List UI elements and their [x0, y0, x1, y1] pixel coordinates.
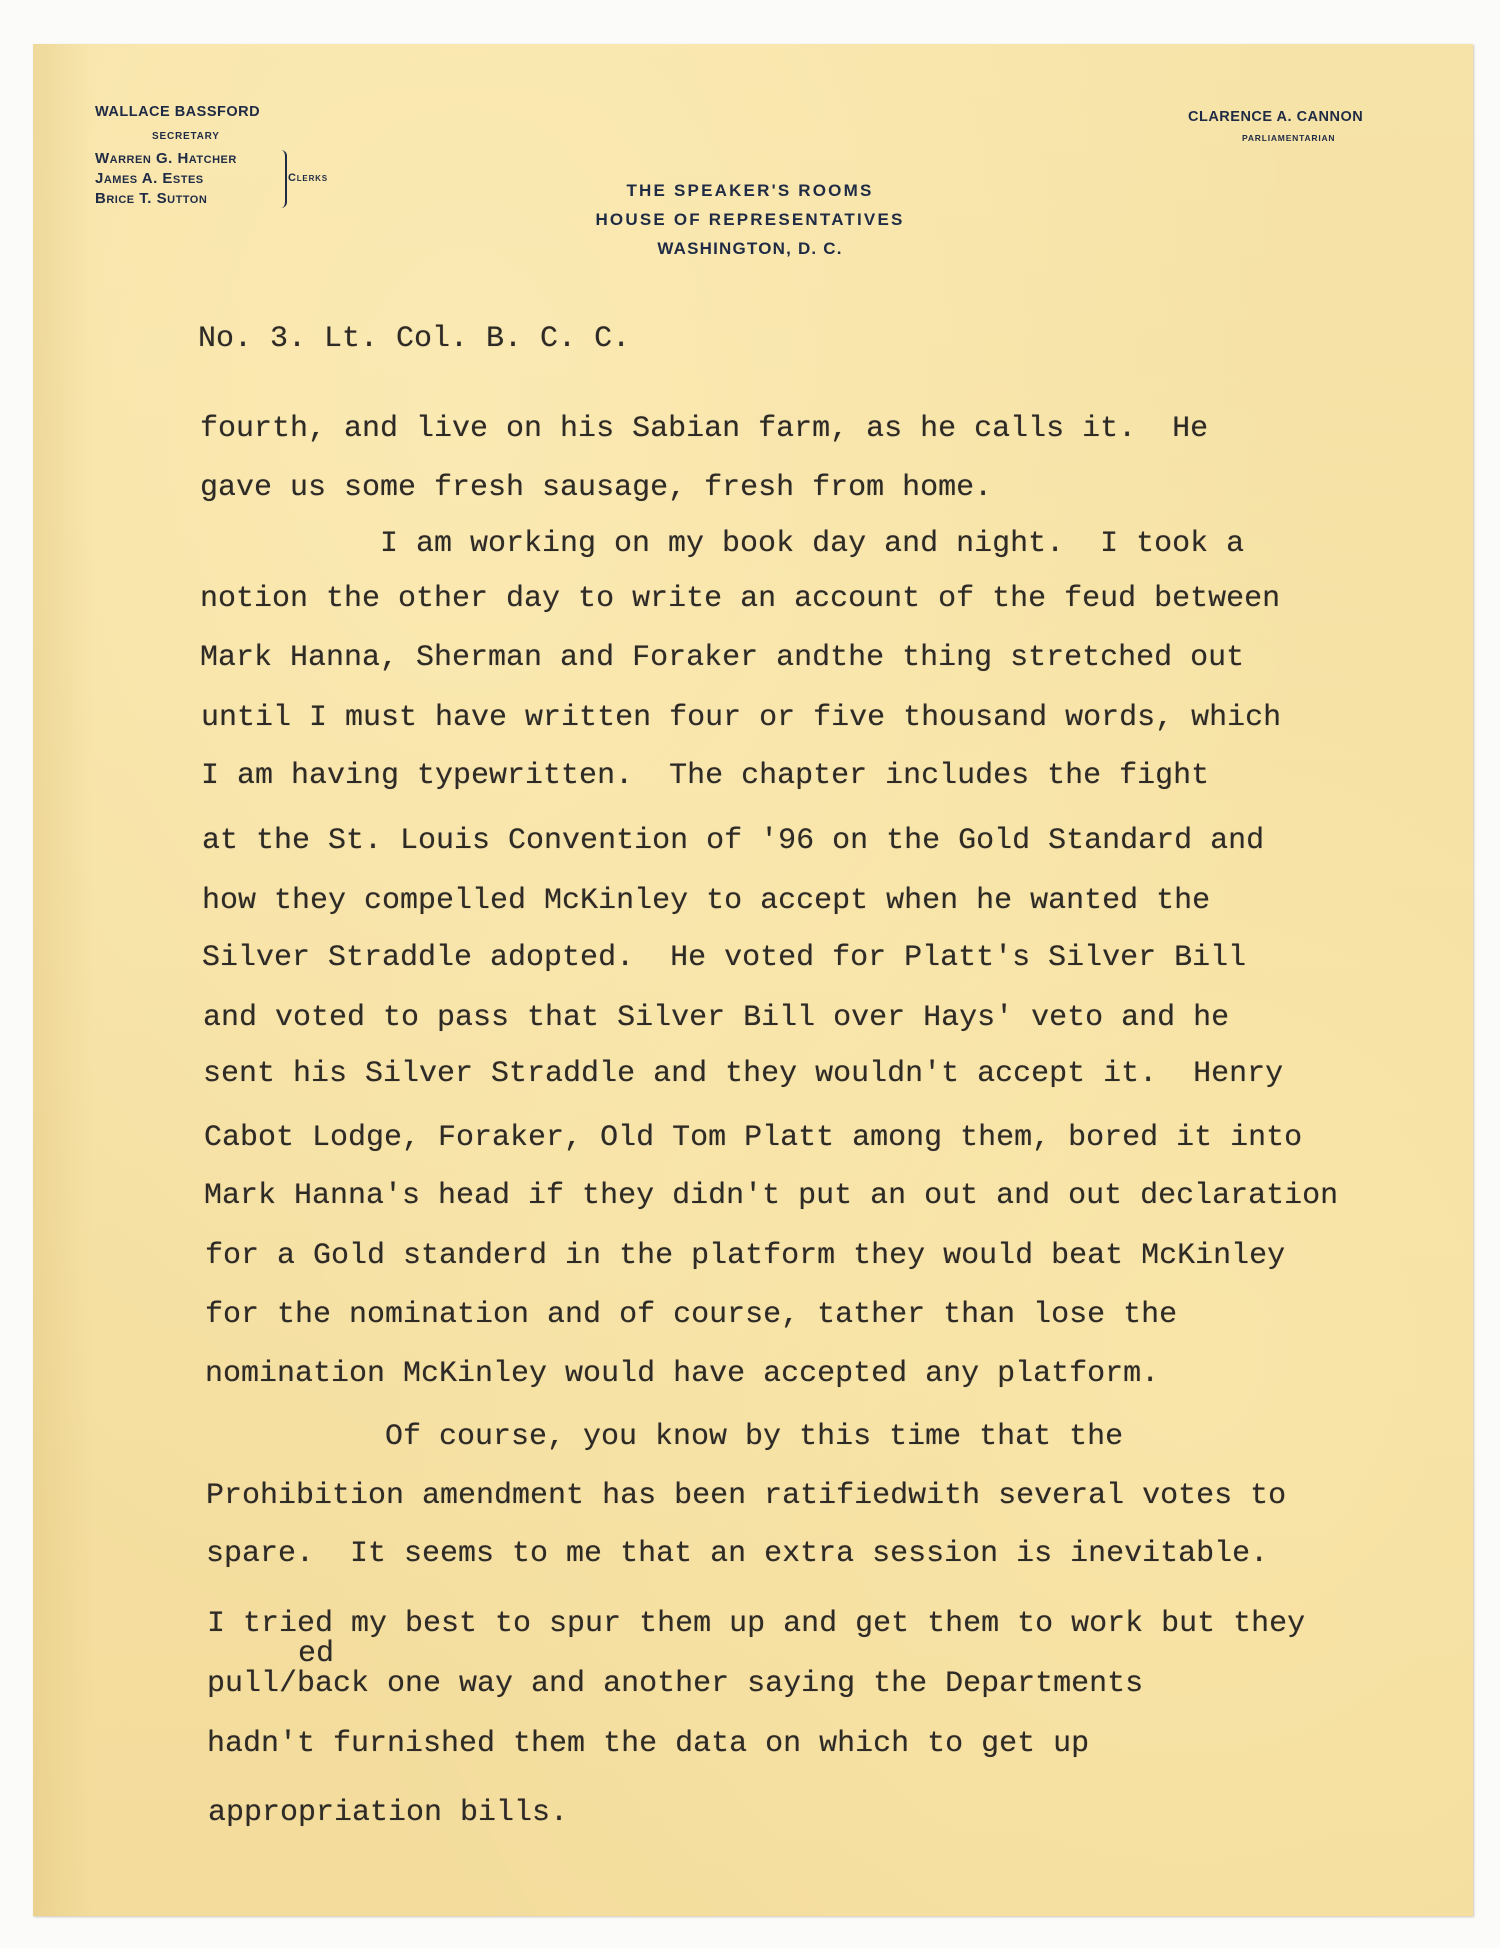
- letter-line: nomination McKinley would have accepted …: [205, 1359, 1159, 1389]
- secretary-name: WALLACE BASSFORD: [95, 104, 260, 120]
- letter-line: gave us some fresh sausage, fresh from h…: [200, 473, 992, 503]
- letter-line: Of course, you know by this time that th…: [385, 1422, 1123, 1452]
- secretary-title: SECRETARY: [152, 131, 220, 142]
- letter-line: Cabot Lodge, Foraker, Old Tom Platt amon…: [204, 1123, 1302, 1153]
- letter-line: fourth, and live on his Sabian farm, as …: [200, 414, 1208, 444]
- letterhead-location: WASHINGTON, D. C.: [450, 239, 1050, 259]
- clerks-label: Clerks: [288, 172, 328, 184]
- clerk-name: James A. Estes: [95, 170, 204, 187]
- letter-line: for the nomination and of course, tather…: [205, 1300, 1177, 1330]
- parliamentarian-name: CLARENCE A. CANNON: [1188, 109, 1363, 125]
- letter-line: appropriation bills.: [208, 1798, 568, 1828]
- interlinear-insert: ed: [298, 1639, 334, 1669]
- clerk-name: Warren G. Hatcher: [95, 150, 237, 167]
- letter-line: notion the other day to write an account…: [200, 584, 1280, 614]
- letterhead-subtitle: HOUSE OF REPRESENTATIVES: [450, 210, 1050, 230]
- letter-line: pull/back one way and another saying the…: [207, 1669, 1143, 1699]
- letter-line: I tried my best to spur them up and get …: [207, 1609, 1305, 1639]
- letterhead-title: THE SPEAKER'S ROOMS: [450, 181, 1050, 201]
- letter-line: for a Gold standerd in the platform they…: [205, 1241, 1285, 1271]
- letter-line: Prohibition amendment has been ratifiedw…: [206, 1481, 1286, 1511]
- letter-line: I am having typewritten. The chapter inc…: [201, 761, 1209, 791]
- parliamentarian-title: PARLIAMENTARIAN: [1242, 133, 1335, 143]
- letter-line: Mark Hanna, Sherman and Foraker andthe t…: [200, 643, 1244, 673]
- letter-line: until I must have written four or five t…: [201, 703, 1281, 733]
- letter-line: sent his Silver Straddle and they wouldn…: [203, 1059, 1283, 1089]
- letter-line: Mark Hanna's head if they didn't put an …: [204, 1181, 1338, 1211]
- letter-line: how they compelled McKinley to accept wh…: [202, 886, 1210, 916]
- letter-line: and voted to pass that Silver Bill over …: [203, 1003, 1229, 1033]
- letter-line: spare. It seems to me that an extra sess…: [206, 1539, 1268, 1569]
- page-header: No. 3. Lt. Col. B. C. C.: [198, 324, 630, 354]
- letter-line: Silver Straddle adopted. He voted for Pl…: [202, 943, 1246, 973]
- letter-line: hadn't furnished them the data on which …: [207, 1729, 1089, 1759]
- letter-line: at the St. Louis Convention of '96 on th…: [202, 826, 1264, 856]
- clerks-bracket: [279, 150, 287, 208]
- clerk-name: Brice T. Sutton: [95, 190, 207, 207]
- letter-line: I am working on my book day and night. I…: [380, 529, 1244, 559]
